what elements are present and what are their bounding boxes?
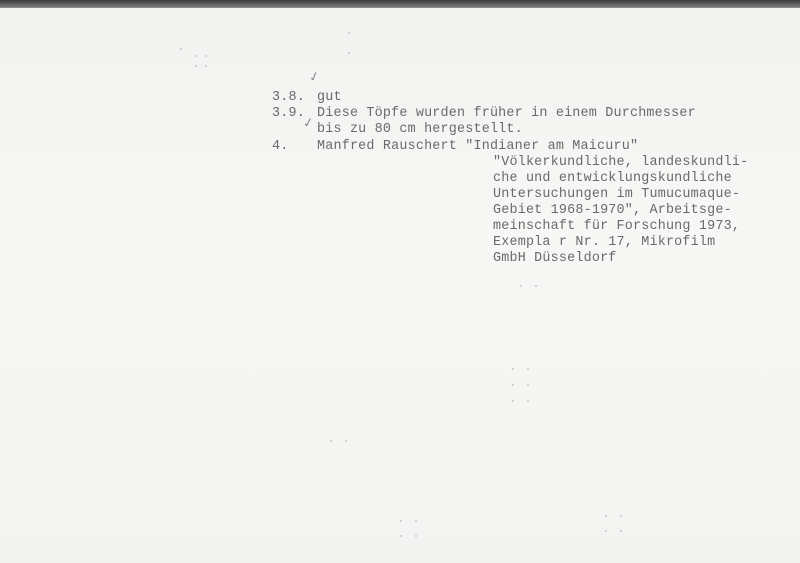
speck [512,368,514,370]
item-text: gut [317,90,342,106]
speck [348,32,350,34]
speck [195,65,197,67]
speck [535,285,537,287]
item-text: Manfred Rauschert "Indianer am Maicuru" [317,139,638,155]
speck [512,400,514,402]
speck [205,65,207,67]
speck [512,384,514,386]
citation-line: GmbH Düsseldorf [493,251,617,267]
citation-line: meinschaft für Forschung 1973, [493,219,740,235]
speck [180,48,182,50]
speck [205,55,207,57]
speck [605,530,607,532]
speck [620,515,622,517]
citation-line: Exempla r Nr. 17, Mikrofilm [493,235,715,251]
speck [527,384,529,386]
citation-line: "Völkerkundliche, landeskundli- [493,155,748,171]
speck [348,52,350,54]
speck [527,368,529,370]
citation-line: Gebiet 1968-1970", Arbeitsge- [493,203,732,219]
speck [520,285,522,287]
item-number: 3.9. [272,106,305,122]
speck [195,55,197,57]
speck [415,535,417,537]
item-text: Diese Töpfe wurden früher in einem Durch… [317,106,696,122]
item-number: 4. [272,139,288,155]
speck [415,520,417,522]
citation-line: Untersuchungen im Tumucumaque- [493,187,740,203]
typewritten-page [0,8,800,563]
citation-line: che und entwicklungskundliche [493,171,732,187]
check-mark-icon: ✓ [302,115,315,132]
item-text: bis zu 80 cm hergestellt. [317,122,523,138]
speck [330,440,332,442]
speck [620,530,622,532]
item-number: 3.8. [272,90,305,106]
speck [605,515,607,517]
speck [400,520,402,522]
speck [527,400,529,402]
speck [345,440,347,442]
speck [400,535,402,537]
